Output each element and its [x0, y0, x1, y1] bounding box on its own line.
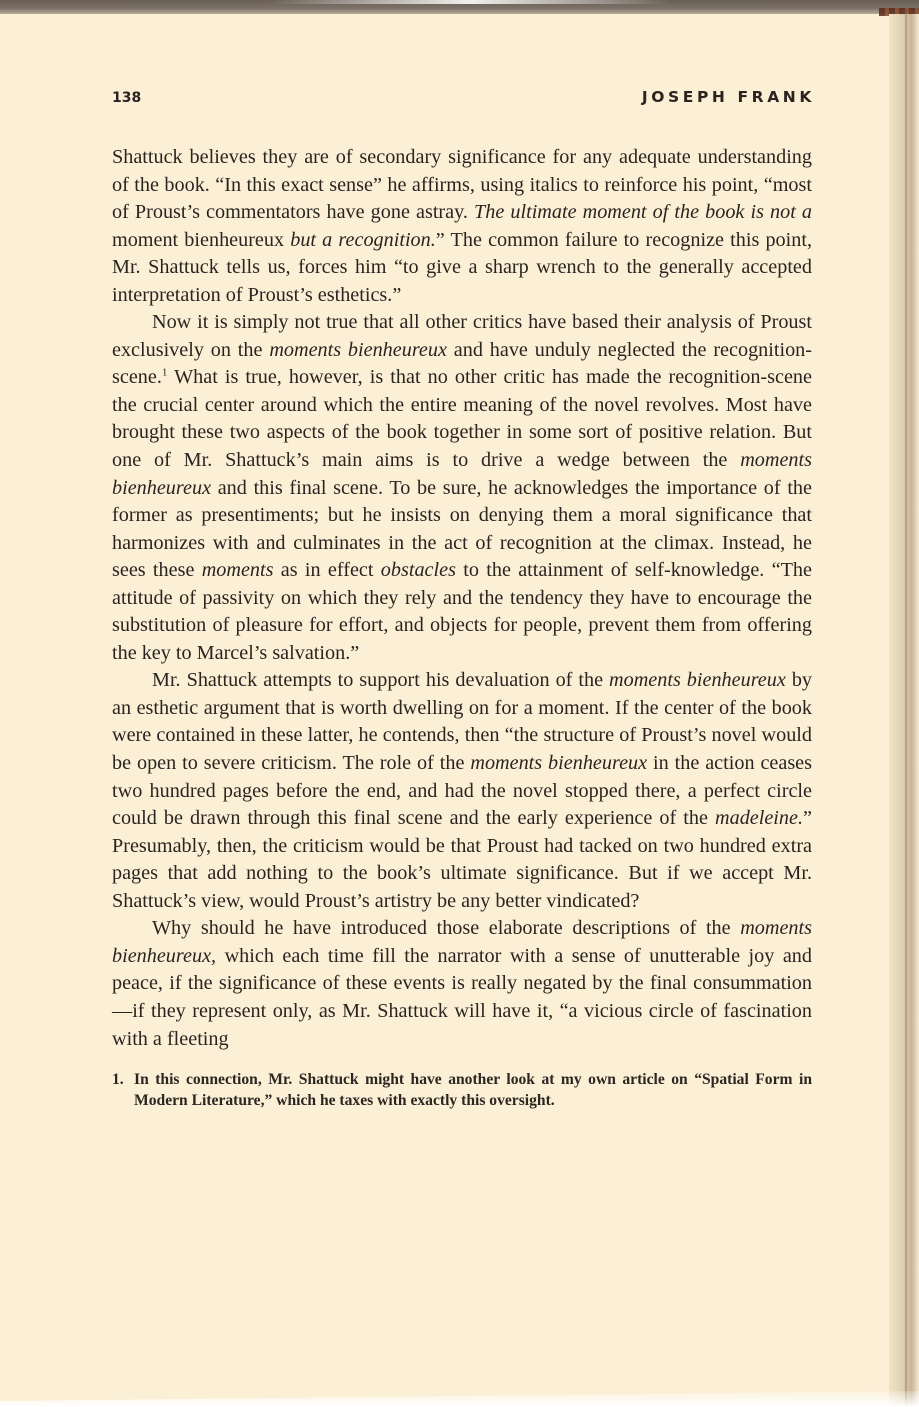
book-gutter	[889, 14, 919, 1407]
footnote-1: 1. In this connection, Mr. Shattuck migh…	[112, 1069, 812, 1111]
paragraph-2: Now it is simply not true that all other…	[112, 309, 812, 667]
italic-text: moments	[202, 559, 274, 581]
book-page: 138 JOSEPH FRANK Shattuck believes they …	[112, 88, 812, 1111]
page-bottom-edge	[0, 1387, 919, 1407]
paragraph-1: Shattuck believes they are of secondary …	[112, 144, 812, 309]
text-run: as in effect	[274, 559, 381, 581]
italic-text: madeleine.	[715, 807, 803, 829]
paragraph-4: Why should he have introduced those elab…	[112, 915, 812, 1053]
gutter-line	[905, 14, 907, 1407]
running-head: 138 JOSEPH FRANK	[112, 88, 812, 114]
italic-text: The ultimate moment of the book is not a	[474, 201, 812, 223]
text-run: moment bienheureux	[112, 229, 290, 251]
text-run: which each time fill the narrator with a…	[112, 945, 812, 1050]
footnotes: 1. In this connection, Mr. Shattuck migh…	[112, 1069, 812, 1111]
paragraph-3: Mr. Shattuck attempts to support his dev…	[112, 667, 812, 915]
page-top-edge	[269, 0, 671, 4]
footnote-text: In this connection, Mr. Shattuck might h…	[134, 1069, 812, 1111]
text-run: Mr. Shattuck attempts to support his dev…	[152, 669, 609, 691]
italic-text: moments bienheureux	[609, 669, 786, 691]
body-text: Shattuck believes they are of secondary …	[112, 144, 812, 1053]
running-head-author: JOSEPH FRANK	[642, 88, 815, 106]
italic-text: moments bienheureux	[470, 752, 647, 774]
italic-text: but a recognition.	[290, 229, 436, 251]
page-number: 138	[112, 90, 141, 106]
italic-text: obstacles	[381, 559, 456, 581]
footnote-marker: 1.	[112, 1069, 134, 1111]
text-run: What is true, however, is that no other …	[112, 366, 812, 471]
italic-text: moments bienheureux	[269, 339, 447, 361]
text-run: Why should he have introduced those elab…	[152, 917, 740, 939]
